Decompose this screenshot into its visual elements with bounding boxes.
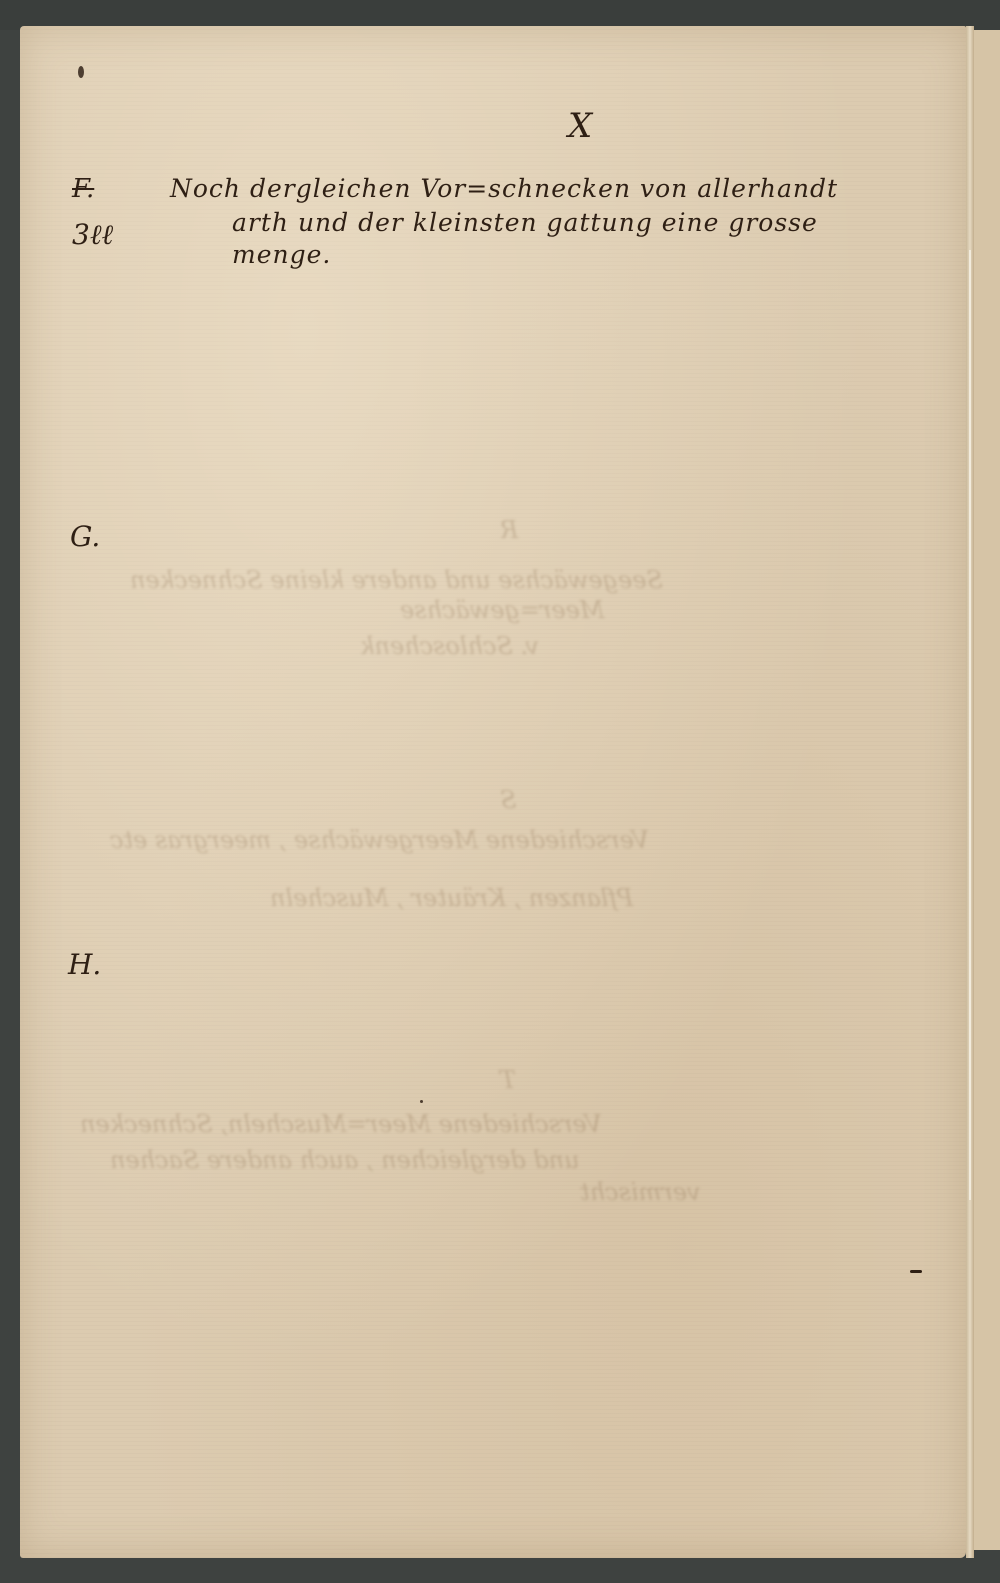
bleed-through-text: T [500,1066,516,1094]
bleed-through-text: vermischt [580,1178,701,1206]
header-mark: X [568,106,592,146]
bleed-through-text: Pflanzen , Kräuter , Muscheln [270,884,633,912]
entry-marker: F. [72,174,94,204]
bleed-through-text: Meer=gewächse [400,596,604,624]
ink-blot [78,66,84,78]
binding-thread [969,250,971,1200]
entry-number: 3ℓℓ [72,218,113,252]
bleed-through-text: S [500,786,516,814]
ink-dot [420,1100,423,1103]
manuscript-page: X F. 3ℓℓ Noch dergleichen Vor=schnecken … [20,26,966,1558]
bleed-through-text: R [500,516,518,544]
entry-marker: G. [70,520,100,553]
bleed-through-text: Verschiedene Meer=Muscheln, Schnecken [80,1110,602,1138]
bleed-through-text: und dergleichen , auch andere Sachen [110,1146,580,1174]
entry-text-line: arth und der kleinsten gattung eine gros… [232,208,818,237]
entry-marker: H. [68,948,101,981]
bleed-through-text: Seegewächse und andere kleine Schnecken [130,566,663,594]
adjacent-page-edge [974,30,1000,1550]
bleed-through-text: Verschiedene Meergewächse , meergras etc [110,826,649,854]
ink-mark [910,1270,922,1273]
entry-text-line: menge. [232,240,331,269]
bleed-through-text: v. Schloschenk [360,632,539,660]
entry-text-line: Noch dergleichen Vor=schnecken von aller… [170,174,838,203]
